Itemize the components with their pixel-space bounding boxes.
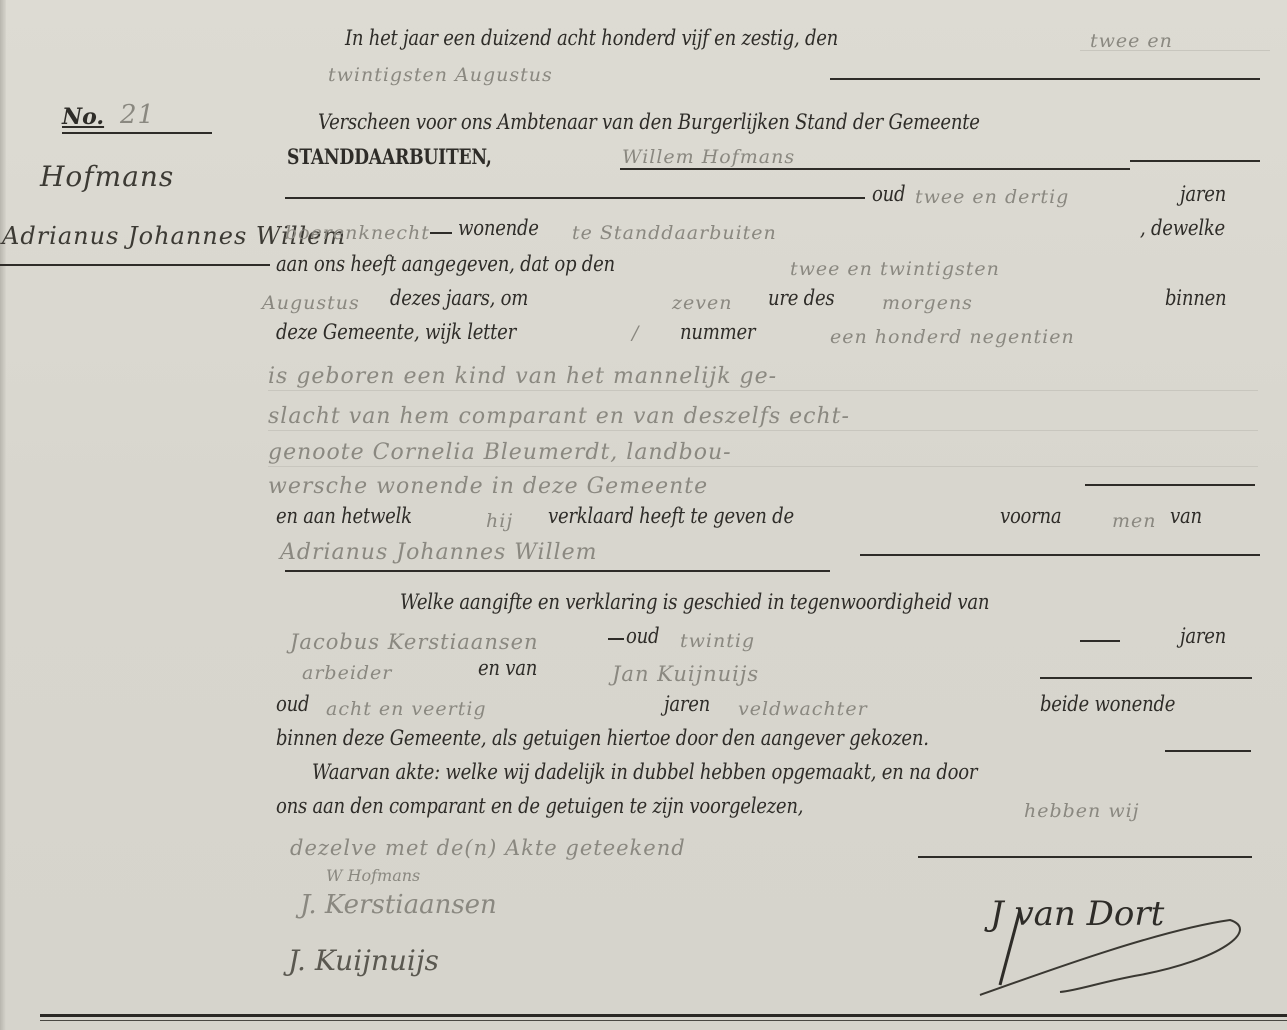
hand-date: twintigsten Augustus: [328, 64, 553, 86]
hand-day: twee en: [1090, 30, 1173, 52]
hand-witness2-occupation: veldwachter: [738, 698, 868, 720]
hand-occupation: boerenknecht: [285, 222, 430, 244]
fill-rule: [285, 570, 830, 572]
hand-hour: zeven: [672, 292, 732, 314]
fill-rule: [1165, 750, 1251, 752]
bottom-rule-thin: [40, 1020, 1287, 1021]
printed-wijk-letter: deze Gemeente, wijk letter: [276, 320, 516, 344]
fill-line: [1080, 50, 1270, 51]
signature-witness1: J. Kerstiaansen: [300, 890, 497, 920]
register-page: No. 21 Hofmans Adrianus Johannes Willem …: [0, 0, 1287, 1030]
municipality: STANDDAARBUITEN,: [287, 144, 492, 169]
dash: [1080, 640, 1120, 642]
bottom-rule: [40, 1014, 1287, 1017]
hand-witness1-occupation: arbeider: [302, 662, 392, 684]
guide-line: [268, 466, 1258, 467]
fill-rule: [620, 168, 1130, 170]
printed-beide-wonende: beide wonende: [1040, 692, 1175, 716]
printed-line-7: aan ons heeft aangegeven, dat op den: [276, 252, 615, 276]
printed-en-aan-hetwelk: en aan hetwelk: [276, 504, 412, 528]
printed-ons-aan-den: ons aan den comparant en de getuigen te …: [276, 794, 803, 818]
printed-verklaard: verklaard heeft te geven de: [548, 504, 794, 528]
hand-men: men: [1112, 510, 1157, 532]
hand-age: twee en dertig: [915, 186, 1069, 208]
signature-witness2: J. Kuijnuijs: [288, 944, 439, 977]
fill-rule: [860, 554, 1260, 556]
margin-rule-top: [62, 132, 212, 134]
printed-dewelke: , dewelke: [1140, 216, 1225, 240]
printed-jaren-w2: jaren: [664, 692, 710, 716]
fill-rule: [1085, 484, 1255, 486]
printed-line-3: Verscheen voor ons Ambtenaar van den Bur…: [318, 110, 980, 134]
hand-witness2-name: Jan Kuijnuijs: [612, 662, 759, 686]
printed-oud: oud: [872, 182, 905, 206]
printed-en-van: en van: [478, 656, 537, 680]
printed-nummer: nummer: [680, 320, 755, 344]
printed-binnen: binnen: [1165, 286, 1226, 310]
printed-van: van: [1170, 504, 1202, 528]
entry-number: 21: [120, 100, 155, 130]
hand-body-line-2: slacht van hem comparant en van deszelfs…: [268, 404, 850, 429]
fill-rule: [1040, 677, 1252, 679]
hand-birth-day: twee en twintigsten: [790, 258, 1000, 280]
signature-declarant: W Hofmans: [326, 866, 420, 885]
hand-house-number: een honderd negentien: [830, 326, 1075, 348]
hand-body-line-3: genoote Cornelia Bleumerdt, landbou-: [268, 440, 732, 465]
hand-month: Augustus: [262, 292, 360, 314]
printed-wonende: wonende: [458, 216, 539, 240]
fill-rule: [830, 78, 1260, 80]
page-edge: [0, 0, 6, 1030]
hand-hebben-wij: hebben wij: [1024, 800, 1140, 822]
hand-witness1-age: twintig: [680, 630, 755, 652]
printed-ure-des: ure des: [768, 286, 834, 310]
signature-flourish: [960, 900, 1260, 1010]
hand-time-of-day: morgens: [882, 292, 973, 314]
guide-line: [268, 390, 1258, 391]
hand-witness1-name: Jacobus Kerstiaansen: [290, 630, 539, 654]
guide-line: [268, 430, 1258, 431]
printed-line-1: In het jaar een duizend acht honderd vij…: [345, 26, 838, 50]
printed-oud-w1: oud: [626, 624, 659, 648]
hand-body-line-4: wersche wonende in deze Gemeente: [268, 474, 708, 499]
hand-child-names: Adrianus Johannes Willem: [280, 540, 597, 565]
fill-rule: [1130, 160, 1260, 162]
printed-jaren-w1: jaren: [1180, 624, 1226, 648]
entry-number-label: No.: [62, 104, 104, 130]
hand-declarant: Willem Hofmans: [622, 146, 795, 168]
printed-oud-w2: oud: [276, 692, 309, 716]
fill-rule: [918, 856, 1252, 858]
printed-voorna: voorna: [1000, 504, 1061, 528]
printed-jaren: jaren: [1180, 182, 1226, 206]
dash: [608, 638, 624, 640]
hand-wijk: /: [632, 322, 639, 344]
printed-dezes-jaars: dezes jaars, om: [390, 286, 528, 310]
hand-closing: dezelve met de(n) Akte geteekend: [290, 836, 686, 860]
hand-hij: hij: [486, 510, 513, 532]
hand-residence: te Standdaarbuiten: [572, 222, 777, 244]
dash: [430, 232, 452, 234]
hand-witness2-age: acht en veertig: [326, 698, 487, 720]
margin-surname: Hofmans: [40, 160, 174, 193]
printed-waarvan-akte: Waarvan akte: welke wij dadelijk in dubb…: [312, 760, 977, 784]
printed-binnen-deze: binnen deze Gemeente, als getuigen hiert…: [276, 726, 929, 750]
printed-welke-aangifte: Welke aangifte en verklaring is geschied…: [400, 590, 989, 614]
hand-body-line-1: is geboren een kind van het mannelijk ge…: [268, 364, 777, 389]
margin-rule-bottom: [0, 264, 270, 266]
fill-rule: [285, 197, 865, 199]
